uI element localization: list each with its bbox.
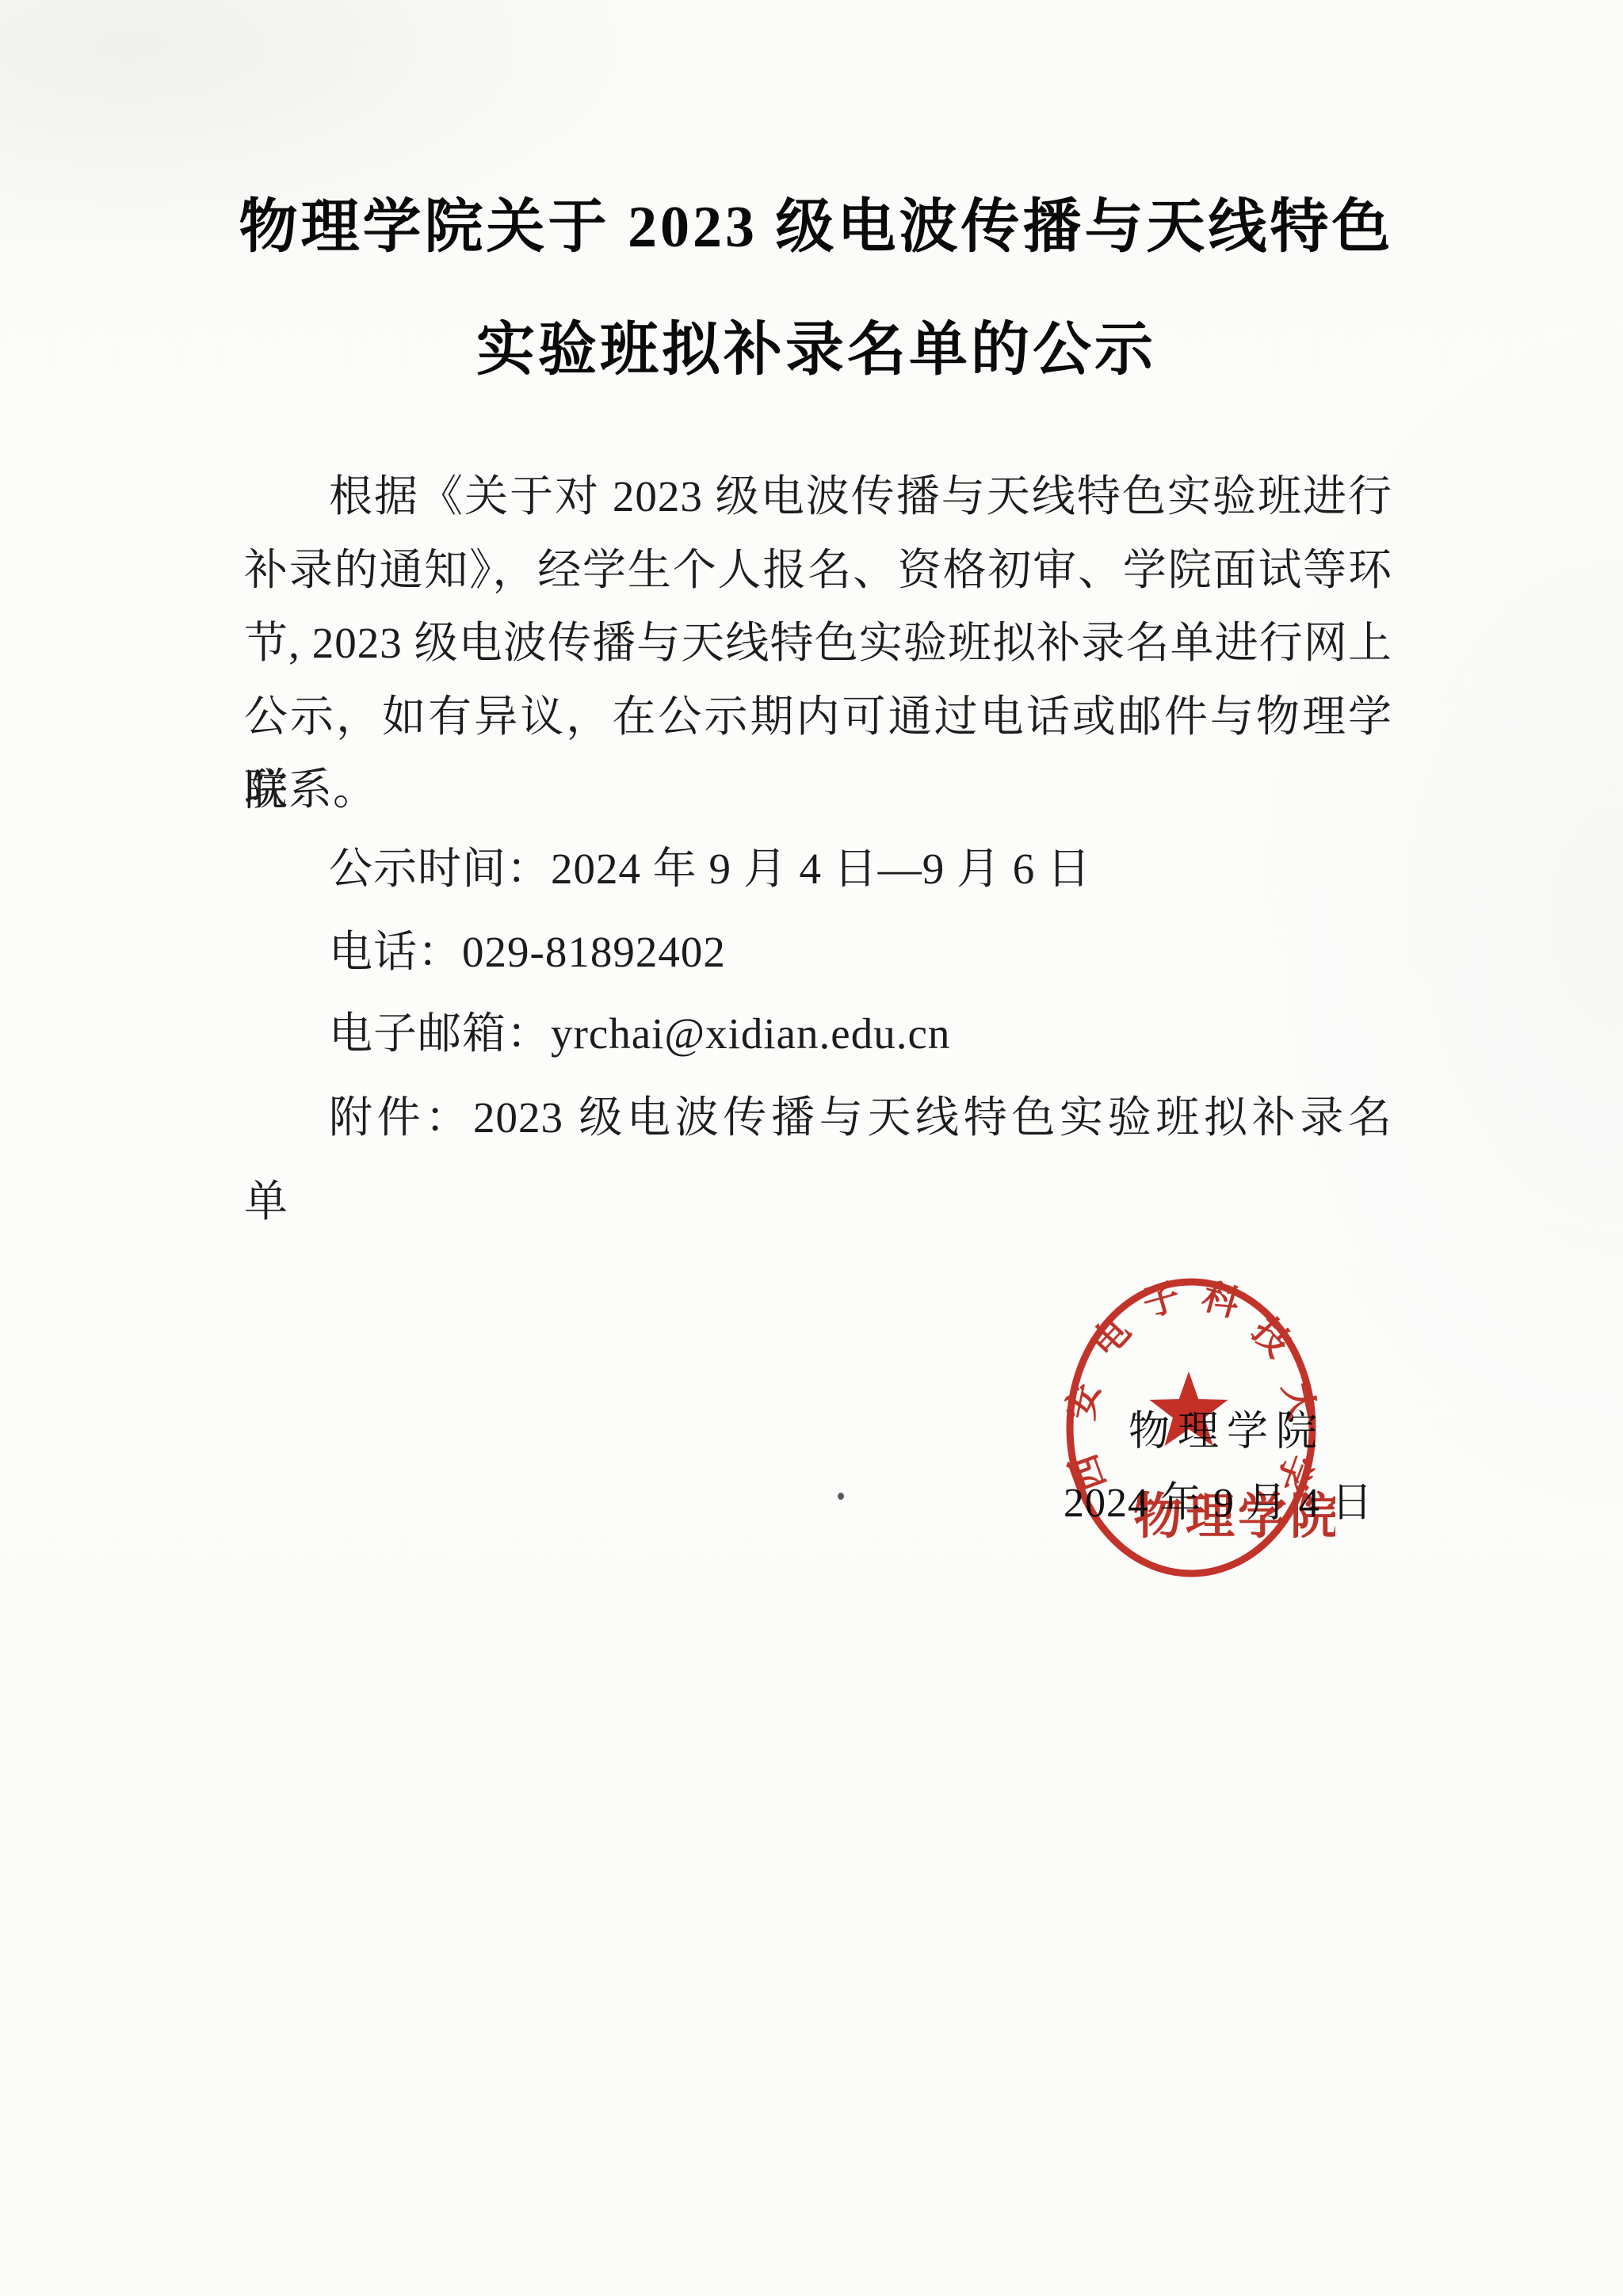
document-title-line1: 物理学院关于 2023 级电波传播与天线特色 (238, 193, 1395, 261)
document-page: 物理学院关于 2023 级电波传播与天线特色 实验班拟补录名单的公示 根据《关于… (0, 0, 1623, 2296)
official-seal-stamp: 西 安 电 子 科 技 大 学 物理学院 (1050, 1272, 1335, 1589)
body-line: 补录的通知》，经学生个人报名、资格初审、学院面试等环 (244, 533, 1392, 607)
document-title-line2: 实验班拟补录名单的公示 (238, 316, 1395, 384)
stamp-arc-char: 电 (1083, 1310, 1138, 1364)
phone-line: 电话：029-81892402 (244, 915, 1392, 989)
ink-dot-artifact (838, 1493, 844, 1500)
email-line: 电子邮箱：yrchai@xidian.edu.cn (244, 997, 1392, 1070)
stamp-center-text: 物理学院 (1133, 1489, 1335, 1544)
body-line: 联系。 (244, 753, 1392, 826)
stamp-arc-char: 安 (1060, 1379, 1107, 1423)
body-line: 根据《关于对 2023 级电波传播与天线特色实验班进行 (244, 460, 1392, 533)
body-line: 节, 2023 级电波传播与天线特色实验班拟补录名单进行网上 (244, 606, 1392, 680)
publicity-period-line: 公示时间：2024 年 9 月 4 日—9 月 6 日 (244, 832, 1392, 906)
body-line: 单 (244, 1165, 1392, 1238)
stamp-star-icon (1150, 1371, 1228, 1446)
attachment-line: 附件：2023 级电波传播与天线特色实验班拟补录名 (244, 1081, 1392, 1154)
stamp-arc-char: 技 (1244, 1310, 1299, 1364)
